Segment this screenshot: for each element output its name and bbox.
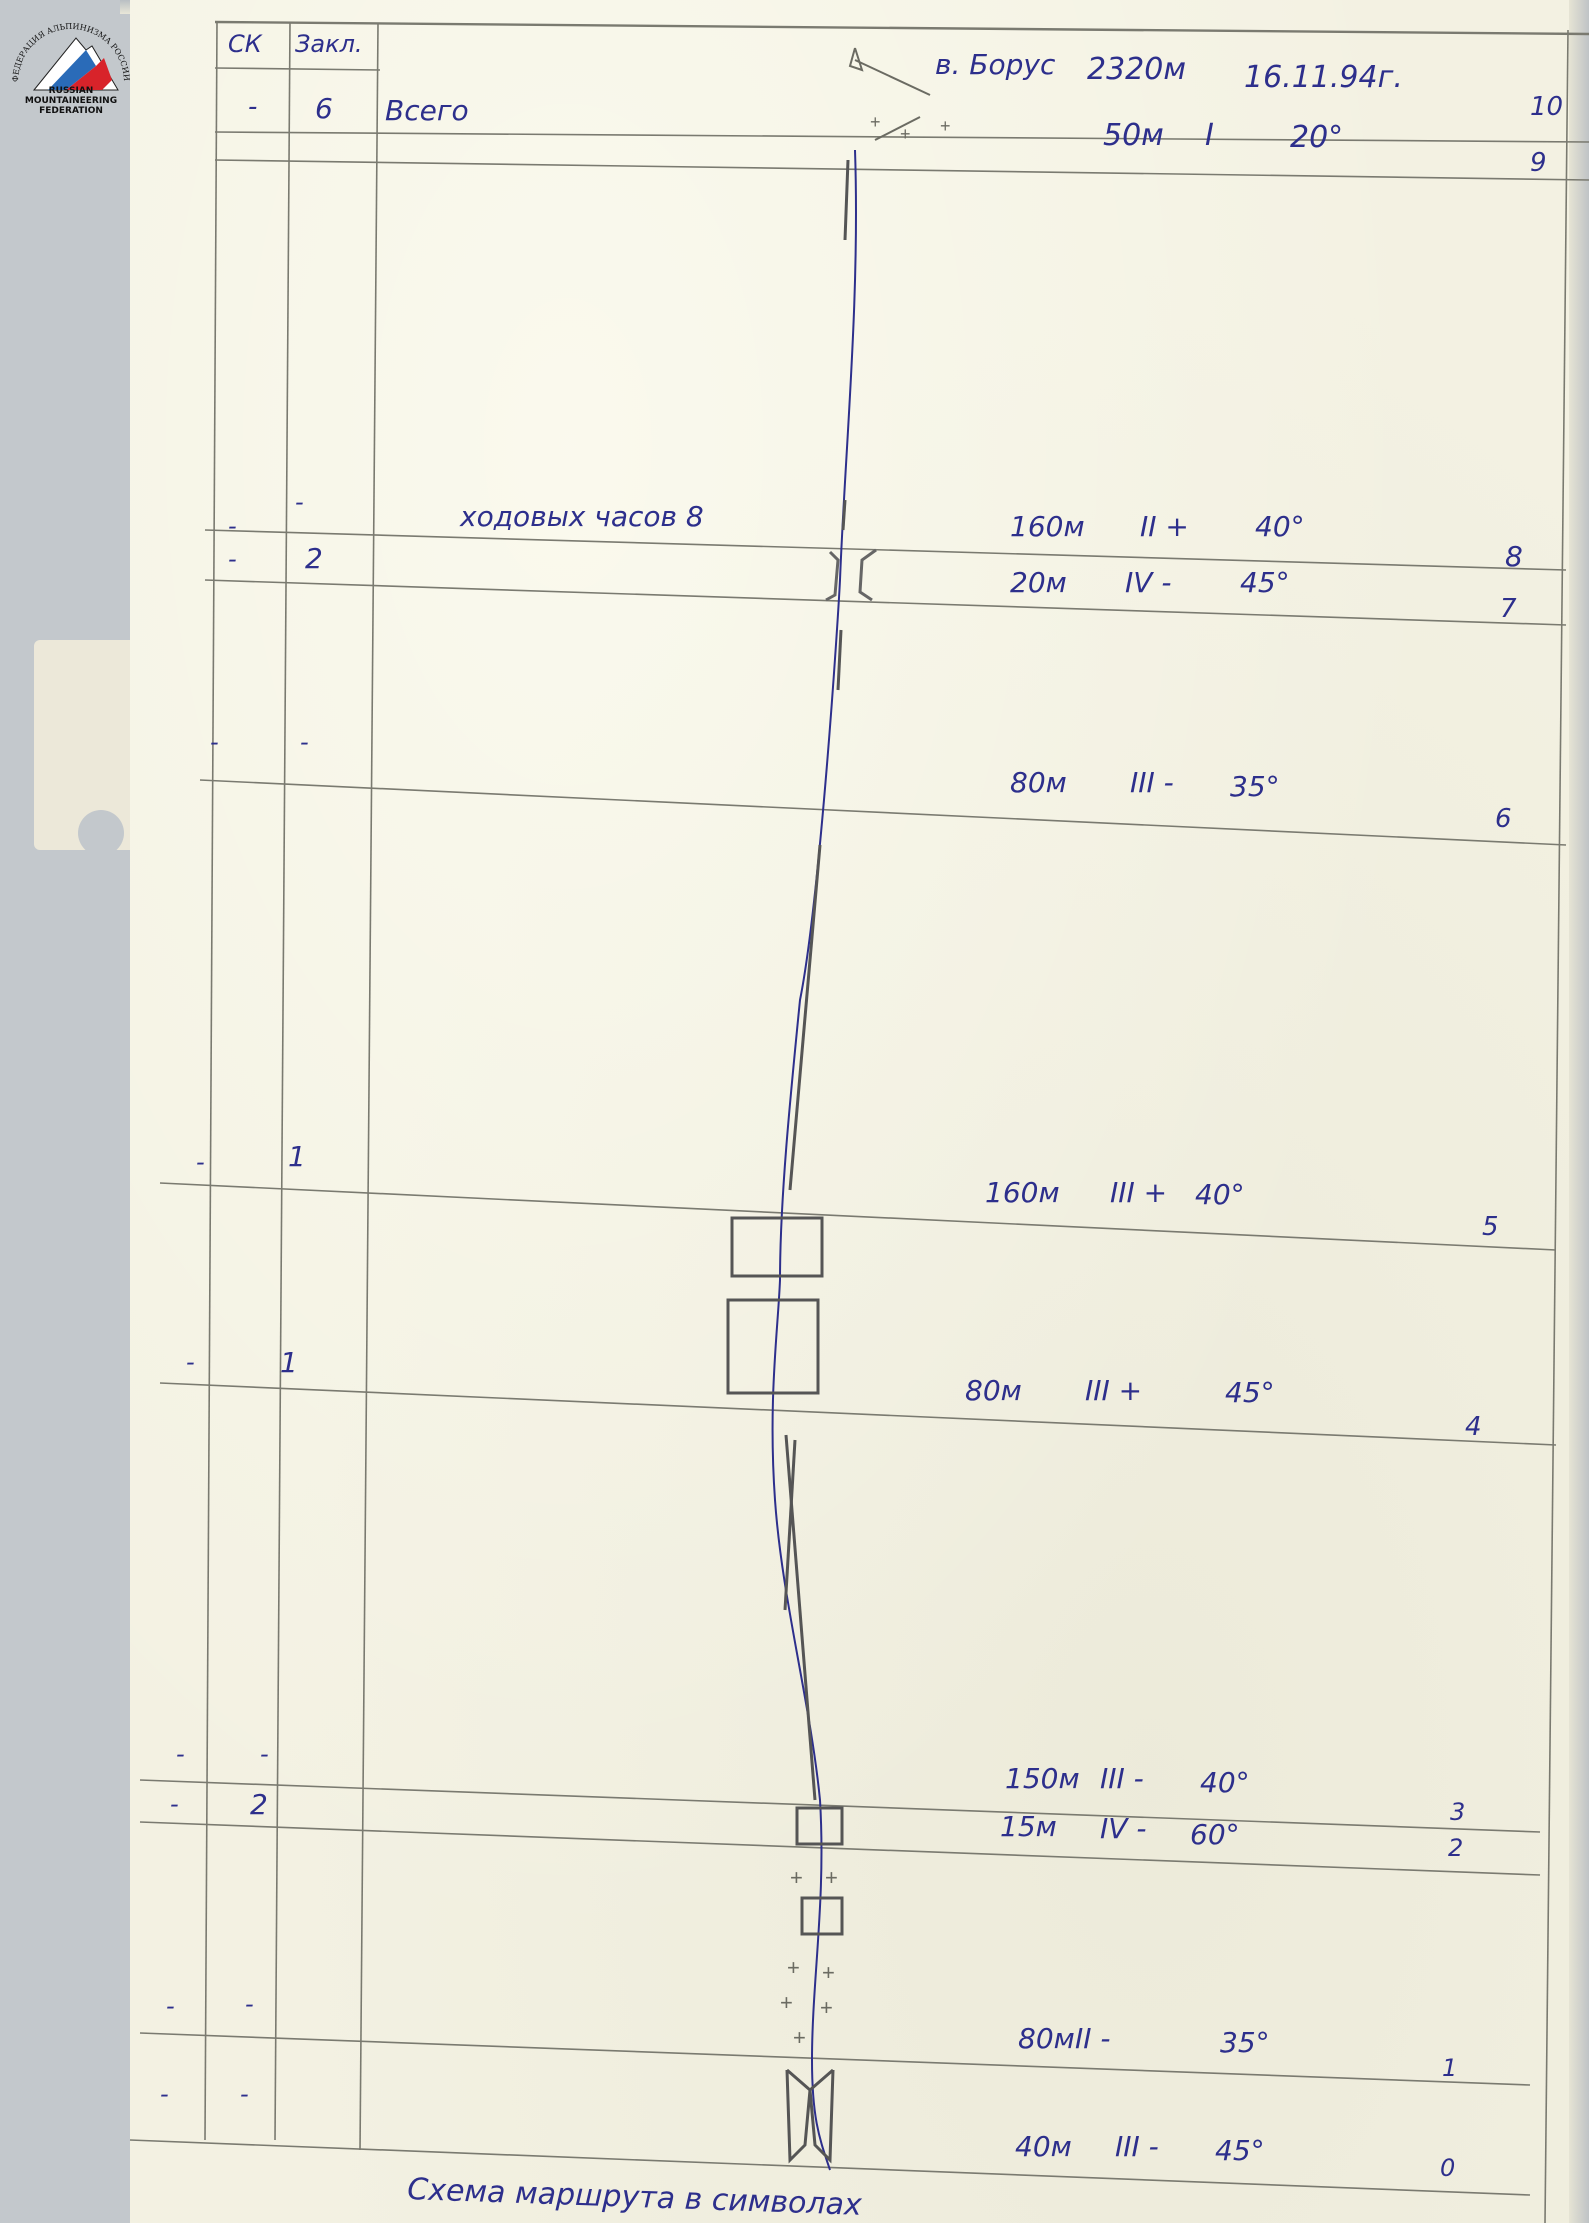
section-length: 160м — [985, 1176, 1060, 1209]
peak-name: в. Борус — [935, 48, 1055, 81]
section-zakl: 2 — [250, 1788, 268, 1821]
svg-text:+: + — [790, 1865, 803, 1890]
point-number: 2 — [1448, 1834, 1463, 1862]
point-number: 0 — [1440, 2154, 1455, 2182]
section-angle: 45° — [1215, 2134, 1265, 2167]
section-sk: - — [228, 545, 237, 573]
summary-sk: - — [248, 92, 257, 122]
section-sk: - — [210, 728, 219, 756]
svg-text:+: + — [900, 124, 911, 144]
section-angle: 45° — [1240, 566, 1290, 599]
section-zakl: 1 — [280, 1346, 298, 1379]
ridge-segments — [785, 160, 848, 1800]
route-line — [773, 150, 856, 2170]
section-sk: - — [228, 512, 237, 540]
point-number: 4 — [1465, 1412, 1482, 1442]
section-length: 150м — [1005, 1762, 1080, 1795]
section-grade: I — [1205, 118, 1214, 153]
scree-icons: ++ ++ ++ + — [780, 1865, 838, 2050]
section-sk: - — [166, 1992, 175, 2020]
wall-block-icons — [728, 1218, 842, 1934]
section-sk: - — [196, 1148, 205, 1176]
section-grade: III - — [1100, 1762, 1144, 1795]
summary-zakl: 6 — [315, 92, 333, 125]
svg-text:+: + — [870, 112, 881, 132]
svg-text:+: + — [793, 2025, 806, 2050]
section-length: 80м — [1018, 2022, 1075, 2055]
section-angle: 35° — [1220, 2026, 1270, 2059]
section-length: 40м — [1015, 2130, 1072, 2163]
section-sk: - — [170, 1790, 179, 1818]
point-number: 8 — [1505, 540, 1523, 573]
section-zakl: - — [295, 488, 304, 516]
section-zakl: - — [260, 1740, 269, 1768]
section-length: 160м — [1010, 510, 1085, 543]
section-length: 15м — [1000, 1810, 1057, 1843]
section-grade: III - — [1130, 766, 1174, 799]
svg-text:+: + — [780, 1990, 793, 2015]
section-zakl: 1 — [288, 1140, 306, 1173]
section-angle: 40° — [1200, 1766, 1250, 1799]
section-length: 50м — [1103, 118, 1164, 153]
svg-text:+: + — [787, 1955, 800, 1980]
section-angle: 20° — [1290, 120, 1343, 155]
point-number: 9 — [1530, 148, 1547, 178]
section-angle: 40° — [1195, 1178, 1245, 1211]
chimney-icon — [826, 550, 876, 600]
dihedral-icon — [787, 2070, 833, 2160]
climb-date: 16.11.94г. — [1244, 60, 1403, 95]
svg-text:+: + — [822, 1960, 835, 1985]
peak-altitude: 2320м — [1087, 52, 1186, 87]
point-number: 1 — [1442, 2054, 1457, 2082]
section-zakl: - — [240, 2080, 249, 2108]
hours-label: ходовых часов 8 — [460, 500, 704, 533]
point-number: 7 — [1500, 594, 1517, 624]
summary-label: Всего — [385, 94, 469, 127]
section-length: 20м — [1010, 566, 1067, 599]
svg-text:+: + — [825, 1865, 838, 1890]
section-grade: IV - — [1100, 1812, 1146, 1845]
section-length: 80м — [1010, 766, 1067, 799]
point-number: 10 — [1530, 92, 1563, 122]
section-angle: 45° — [1225, 1376, 1275, 1409]
header-zakl: Закл. — [295, 30, 363, 58]
section-sk: - — [176, 1740, 185, 1768]
section-zakl: 2 — [305, 542, 323, 575]
svg-text:+: + — [940, 116, 951, 136]
section-angle: 35° — [1230, 770, 1280, 803]
section-sk: - — [160, 2080, 169, 2108]
section-sk: - — [186, 1348, 195, 1376]
header-sk: СК — [228, 30, 262, 58]
section-angle: 60° — [1190, 1818, 1240, 1851]
route-grid: + + + ++ ++ ++ + — [0, 0, 1589, 2223]
svg-text:+: + — [820, 1995, 833, 2020]
section-grade: II - — [1075, 2022, 1111, 2055]
section-zakl: - — [300, 728, 309, 756]
section-angle: 40° — [1255, 510, 1305, 543]
section-grade: III + — [1085, 1374, 1142, 1407]
section-grade: III + — [1110, 1176, 1167, 1209]
section-grade: III - — [1115, 2130, 1159, 2163]
section-grade: IV - — [1125, 566, 1171, 599]
point-number: 6 — [1495, 804, 1512, 834]
point-number: 3 — [1450, 1798, 1465, 1826]
section-zakl: - — [245, 1990, 254, 2018]
section-grade: II + — [1140, 510, 1189, 543]
point-number: 5 — [1482, 1212, 1499, 1242]
section-length: 80м — [965, 1374, 1022, 1407]
